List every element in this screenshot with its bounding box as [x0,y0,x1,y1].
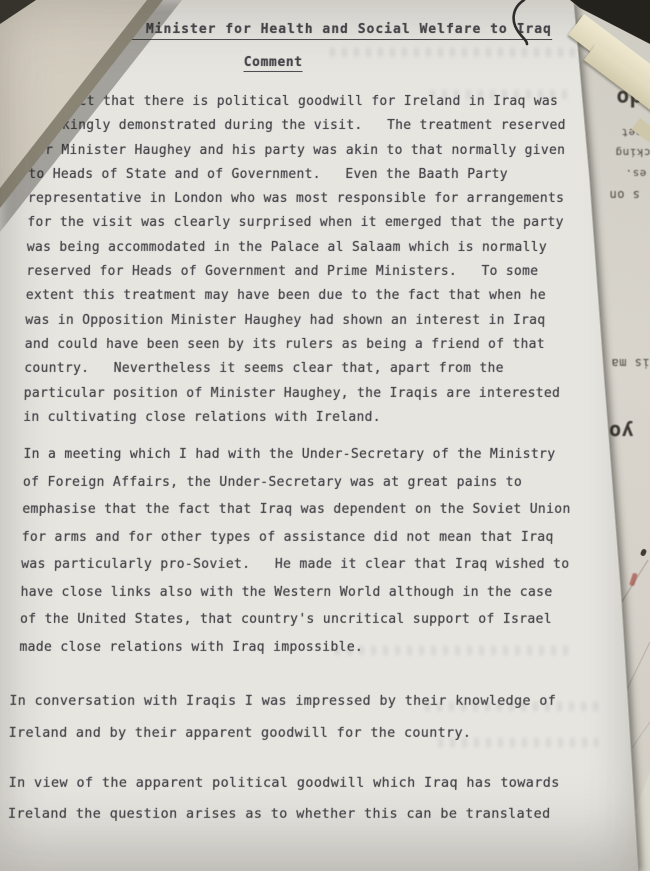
document-title: of Minister for Health and Social Welfar… [119,22,552,40]
text-line: for Minister Haughey and his party was a… [29,139,566,163]
photo-of-document: dosweetlickinges.s onis mayou of Ministe… [0,0,650,871]
text-line: Ireland the question arises as to whethe… [8,799,560,830]
text-line: In a meeting which I had with the Under-… [23,441,572,469]
text-line: made close relations with Iraq impossibl… [19,634,568,662]
text-line: of Foreign Affairs, the Under-Secretary … [23,469,572,497]
text-line: In conversation with Iraqis I was impres… [9,686,556,718]
text-line: was in Opposition Minister Haughey had s… [25,309,562,333]
text-line: for the visit was clearly surprised when… [27,211,564,235]
paragraph: The fact that there is political goodwil… [23,90,566,430]
typed-document-page: of Minister for Health and Social Welfar… [0,0,650,871]
text-line: The fact that there is political goodwil… [30,90,567,114]
text-line: representative in London who was most re… [28,187,565,211]
document-heading: Comment [243,55,302,72]
text-line: have close links also with the Western W… [20,579,569,607]
text-line: strikingly demonstrated during the visit… [29,114,566,138]
text-line: particular position of Minister Haughey,… [23,382,560,406]
text-line: country. Nevertheless it seems clear tha… [24,357,561,381]
text-line: was being accommodated in the Palace al … [27,236,564,260]
main-page-wrapper: of Minister for Health and Social Welfar… [0,0,650,871]
text-line: emphasise that the fact that Iraq was de… [22,496,571,524]
text-line: was particularly pro-Soviet. He made it … [21,551,570,579]
text-line: to Heads of State and of Government. Eve… [28,163,565,187]
text-line: reserved for Heads of Government and Pri… [26,260,563,284]
paragraph: In view of the apparent political goodwi… [8,768,560,830]
text-line: Ireland and by their apparent goodwill f… [8,718,555,750]
paragraph: In conversation with Iraqis I was impres… [8,686,556,750]
text-line: In view of the apparent political goodwi… [8,768,560,799]
typed-text-block: of Minister for Health and Social Welfar… [0,0,650,871]
text-line: of the United States, that country's unc… [20,606,569,634]
text-line: and could have been seen by its rulers a… [25,333,562,357]
text-line: for arms and for other types of assistan… [21,524,570,552]
text-line: extent this treatment may have been due … [26,284,563,308]
paragraph: In a meeting which I had with the Under-… [19,441,572,661]
text-line: in cultivating close relations with Irel… [23,406,560,430]
